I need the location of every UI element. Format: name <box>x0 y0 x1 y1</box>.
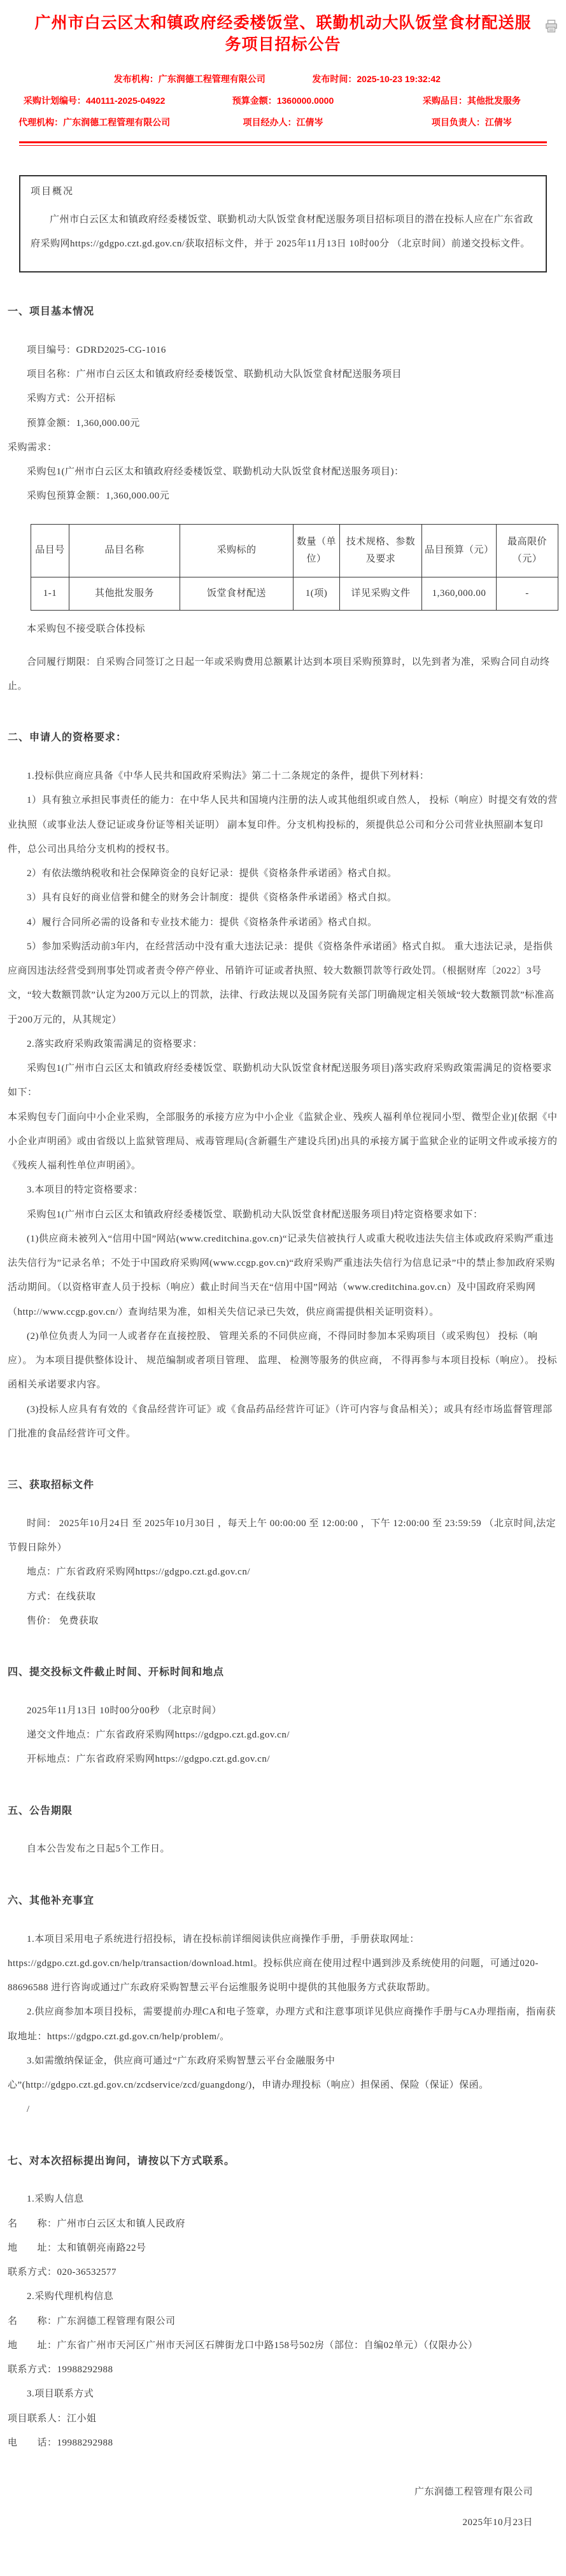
table-header-row: 品目号 品目名称 采购标的 数量（单位） 技术规格、参数及要求 品目预算（元） … <box>31 524 558 577</box>
print-icon[interactable] <box>544 19 558 33</box>
publish-time: 发布时间：2025-10-23 19:32:42 <box>283 73 469 85</box>
agency-contact-name: 名 称：广东润德工程管理有限公司 <box>8 2309 558 2333</box>
budget-amount: 预算金额：1360000.0000 <box>188 94 377 107</box>
table-cell: 1,360,000.00 <box>422 577 497 610</box>
agency-name: 代理机构：广东润德工程管理有限公司 <box>0 116 188 129</box>
no-consortium-note: 本采购包不接受联合体投标 <box>8 617 558 641</box>
project-leader: 项目负责人：江倩岑 <box>378 116 566 129</box>
procurement-category: 采购品目：其他批发服务 <box>378 94 566 107</box>
procurement-method: 采购方式：公开招标 <box>8 386 558 411</box>
items-table: 品目号 品目名称 采购标的 数量（单位） 技术规格、参数及要求 品目预算（元） … <box>31 524 558 611</box>
table-header: 数量（单位） <box>294 524 340 577</box>
meta-row-3: 代理机构：广东润德工程管理有限公司 项目经办人：江倩岑 项目负责人：江倩岑 <box>0 116 566 129</box>
table-cell: 1-1 <box>31 577 69 610</box>
project-contact-phone: 电 话：19988292988 <box>8 2431 558 2455</box>
table-header: 品目预算（元） <box>422 524 497 577</box>
package-line: 采购包1(广州市白云区太和镇政府经委楼饭堂、联勤机动大队饭堂食材配送服务项目)： <box>8 460 558 484</box>
notice-period: 自本公告发布之日起5个工作日。 <box>8 1837 558 1861</box>
table-header: 品目名称 <box>69 524 180 577</box>
table-header: 最高限价（元） <box>497 524 558 577</box>
table-cell: 1(项) <box>294 577 340 610</box>
plan-number: 采购计划编号：440111-2025-04922 <box>0 94 188 107</box>
section-6-heading: 六、其他补充事宜 <box>8 1888 558 1914</box>
doc-price: 售价： 免费获取 <box>8 1609 558 1633</box>
section-1-heading: 一、项目基本情况 <box>8 299 558 325</box>
page-header: 广州市白云区太和镇政府经委楼饭堂、联勤机动大队饭堂食材配送服务项目招标公告 <box>0 0 566 56</box>
purchaser-phone: 联系方式：020-36532577 <box>8 2260 558 2284</box>
qualification-item: 1）具有独立承担民事责任的能力：在中华人民共和国境内注册的法人或其他组织或自然人… <box>8 788 558 861</box>
table-cell: - <box>497 577 558 610</box>
policy-block: 本采购包专门面向中小企业采购，全部服务的承接方应为中小企业《监狱企业、残疾人福利… <box>8 1105 558 1178</box>
table-cell: 详见采购文件 <box>340 577 422 610</box>
policy-intro: 采购包1(广州市白云区太和镇政府经委楼饭堂、联勤机动大队饭堂食材配送服务项目)落… <box>8 1056 558 1105</box>
announcement-body: 一、项目基本情况 项目编号：GDRD2025-CG-1016 项目名称：广州市白… <box>0 299 566 2455</box>
signature-block: 广东润德工程管理有限公司 2025年10月23日 <box>0 2455 566 2576</box>
publish-org: 发布机构：广东润德工程管理有限公司 <box>96 73 283 85</box>
project-contact-label: 3.项目联系方式 <box>8 2382 558 2406</box>
qualification-item: 2.落实政府采购政策需满足的资格要求： <box>8 1032 558 1056</box>
purchaser-name: 名 称：广州市白云区太和镇人民政府 <box>8 2212 558 2236</box>
project-contact-person: 项目联系人：江小姐 <box>8 2407 558 2431</box>
deadline: 2025年11月13日 10时00分00秒 （北京时间） <box>8 1699 558 1723</box>
specific-item: (2)单位负责人为同一人或者存在直接控股、 管理关系的不同供应商，不得同时参加本… <box>8 1324 558 1398</box>
supplement-item: 2.供应商参加本项目投标，需要提前办理CA和电子签章，办理方式和注意事项详见供应… <box>8 2000 558 2049</box>
meta-row-1: 发布机构：广东润德工程管理有限公司 发布时间：2025-10-23 19:32:… <box>96 73 470 85</box>
table-cell: 其他批发服务 <box>69 577 180 610</box>
doc-time: 时间： 2025年10月24日 至 2025年10月30日 ，每天上午 00:0… <box>8 1511 558 1560</box>
overview-title: 项目概况 <box>31 184 535 197</box>
section-2-heading: 二、申请人的资格要求： <box>8 725 558 751</box>
agency-address: 地 址：广东省广州市天河区广州市天河区石牌街龙口中路158号502房（部位：自编… <box>8 2333 558 2358</box>
specific-intro: 采购包1(广州市白云区太和镇政府经委楼饭堂、联勤机动大队饭堂食材配送服务项目)特… <box>8 1203 558 1227</box>
table-row: 1-1 其他批发服务 饭堂食材配送 1(项) 详见采购文件 1,360,000.… <box>31 577 558 610</box>
budget-line: 预算金额：1,360,000.00元 <box>8 411 558 435</box>
overview-body: 广州市白云区太和镇政府经委楼饭堂、联勤机动大队饭堂食材配送服务项目招标项目的潜在… <box>31 208 535 257</box>
submit-place: 递交文件地点：广东省政府采购网https://gdgpo.czt.gd.gov.… <box>8 1723 558 1747</box>
open-place: 开标地点：广东省政府采购网https://gdgpo.czt.gd.gov.cn… <box>8 1747 558 1771</box>
qualification-item: 5）参加采购活动前3年内，在经营活动中没有重大违法记录：提供《资格条件承诺函》格… <box>8 935 558 1032</box>
purchaser-label: 1.采购人信息 <box>8 2187 558 2211</box>
section-7-heading: 七、对本次招标提出询问，请按以下方式联系。 <box>8 2149 558 2175</box>
meta-info: 发布机构：广东润德工程管理有限公司 发布时间：2025-10-23 19:32:… <box>0 73 566 129</box>
doc-method: 方式：在线获取 <box>8 1585 558 1609</box>
package-budget-line: 采购包预算金额：1,360,000.00元 <box>8 484 558 508</box>
page-title: 广州市白云区太和镇政府经委楼饭堂、联勤机动大队饭堂食材配送服务项目招标公告 <box>31 13 535 56</box>
supplement-item: / <box>8 2097 558 2121</box>
qualification-item: 2）有依法缴纳税收和社会保障资金的良好记录：提供《资格条件承诺函》格式自拟。 <box>8 861 558 886</box>
announcement-page: 广州市白云区太和镇政府经委楼饭堂、联勤机动大队饭堂食材配送服务项目招标公告 发布… <box>0 0 566 2576</box>
section-4-heading: 四、提交投标文件截止时间、开标时间和地点 <box>8 1660 558 1686</box>
agency-phone: 联系方式：19988292988 <box>8 2358 558 2382</box>
project-number: 项目编号：GDRD2025-CG-1016 <box>8 338 558 362</box>
table-header: 技术规格、参数及要求 <box>340 524 422 577</box>
supplement-item: 3.如需缴纳保证金，供应商可通过“广东政府采购智慧云平台金融服务中心”(http… <box>8 2049 558 2098</box>
project-handler: 项目经办人：江倩岑 <box>188 116 377 129</box>
qualification-item: 4）履行合同所必需的设备和专业技术能力：提供《资格条件承诺函》格式自拟。 <box>8 910 558 935</box>
table-header: 采购标的 <box>180 524 294 577</box>
signature-date: 2025年10月23日 <box>0 2507 533 2538</box>
contract-term: 合同履行期限：自采购合同签订之日起一年或采购费用总额累计达到本项目采购预算时，以… <box>8 650 558 699</box>
signature-company: 广东润德工程管理有限公司 <box>0 2477 533 2507</box>
section-3-heading: 三、获取招标文件 <box>8 1473 558 1499</box>
supplement-item: 1.本项目采用电子系统进行招投标，请在投标前详细阅读供应商操作手册，手册获取网址… <box>8 1927 558 2000</box>
demand-label: 采购需求： <box>8 435 558 460</box>
project-name: 项目名称：广州市白云区太和镇政府经委楼饭堂、联勤机动大队饭堂食材配送服务项目 <box>8 362 558 386</box>
table-header: 品目号 <box>31 524 69 577</box>
qualification-item: 1.投标供应商应具备《中华人民共和国政府采购法》第二十二条规定的条件，提供下列材… <box>8 764 558 788</box>
red-divider <box>19 141 547 146</box>
doc-place: 地点：广东省政府采购网https://gdgpo.czt.gd.gov.cn/ <box>8 1560 558 1584</box>
meta-row-2: 采购计划编号：440111-2025-04922 预算金额：1360000.00… <box>0 94 566 107</box>
specific-heading: 3.本项目的特定资格要求： <box>8 1178 558 1202</box>
table-cell: 饭堂食材配送 <box>180 577 294 610</box>
specific-item: (3)投标人应具有有效的《食品经营许可证》或《食品药品经营许可证》（许可内容与食… <box>8 1398 558 1447</box>
agency-label: 2.采购代理机构信息 <box>8 2284 558 2309</box>
section-5-heading: 五、公告期限 <box>8 1799 558 1825</box>
qualification-item: 3）具有良好的商业信誉和健全的财务会计制度：提供《资格条件承诺函》格式自拟。 <box>8 886 558 910</box>
overview-box: 项目概况 广州市白云区太和镇政府经委楼饭堂、联勤机动大队饭堂食材配送服务项目招标… <box>19 175 547 273</box>
purchaser-address: 地 址：太和镇朝亮南路22号 <box>8 2236 558 2260</box>
specific-item: (1)供应商未被列入“信用中国”网站(www.creditchina.gov.c… <box>8 1227 558 1324</box>
